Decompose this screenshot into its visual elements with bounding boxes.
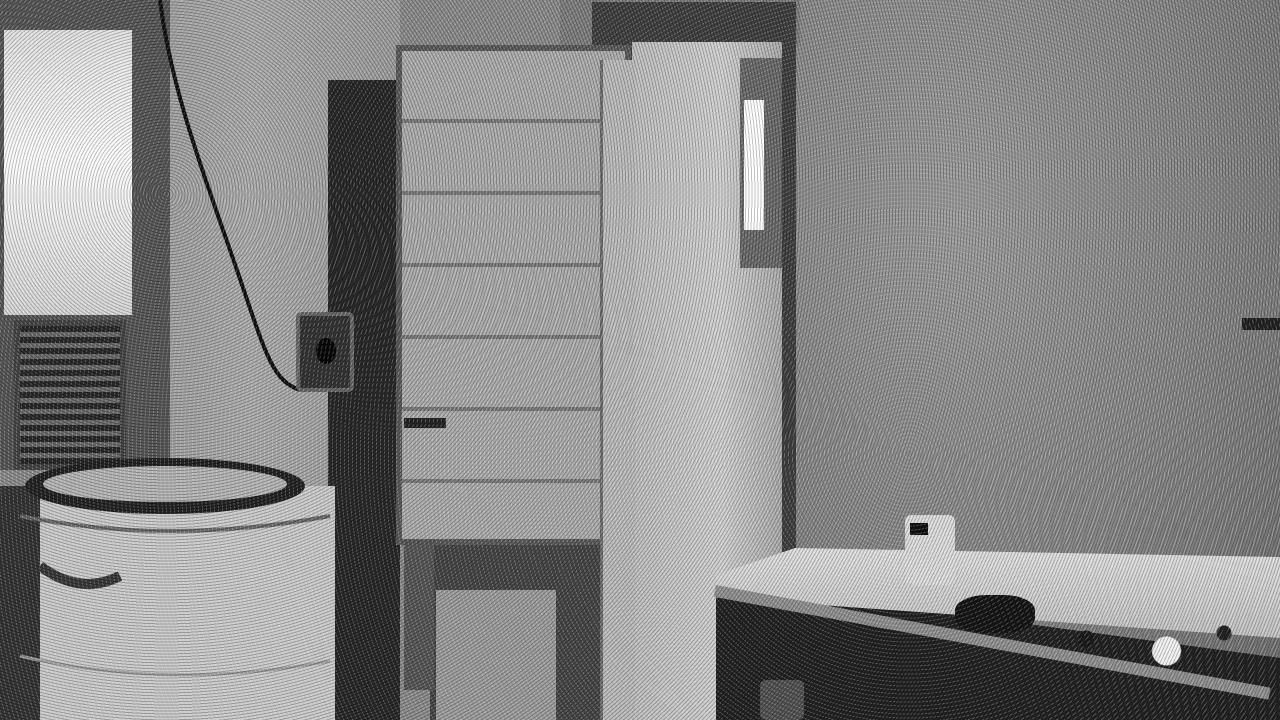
debris-pile (955, 595, 1035, 633)
photo-scene (0, 0, 1280, 720)
barrel (0, 456, 340, 720)
door-handle (404, 418, 446, 428)
doorway-window-light (744, 100, 764, 230)
door-edge (600, 60, 635, 720)
window-glass (4, 30, 132, 315)
switch-box (296, 312, 354, 392)
switch-knob (316, 338, 336, 364)
debris-scatter (1040, 615, 1270, 675)
pot-under-counter (760, 680, 804, 720)
window-shutter (14, 320, 126, 470)
wall-bracket (1242, 318, 1280, 330)
bottle-cap (910, 523, 928, 535)
open-door (396, 45, 631, 545)
door-lower-panel (404, 540, 434, 690)
under-door-opening (436, 590, 556, 720)
